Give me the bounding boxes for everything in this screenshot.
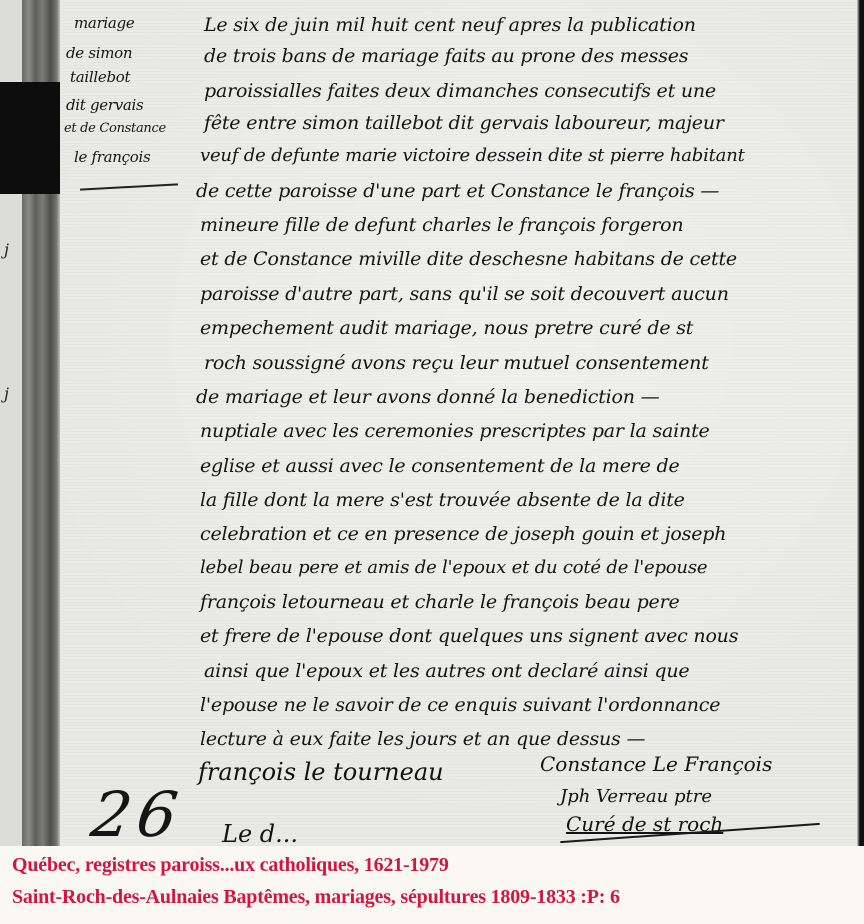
- signature-priest-name: Jph Verreau ptre: [560, 786, 712, 807]
- margin-note-line: taillebot: [70, 68, 130, 86]
- register-page-scan: j j mariage de simon taillebot dit gerva…: [0, 0, 864, 846]
- entry-text-line: nuptiale avec les ceremonies prescriptes…: [200, 420, 710, 442]
- caption-collection-title: Québec, registres paroiss...ux catholiqu…: [12, 854, 449, 877]
- entry-text-line: ainsi que l'epoux et les autres ont decl…: [204, 660, 689, 682]
- folio-number: 26: [87, 778, 188, 846]
- entry-text-line: veuf de defunte marie victoire dessein d…: [200, 145, 745, 166]
- entry-text-line: celebration et ce en presence de joseph …: [200, 523, 726, 545]
- margin-note-line: mariage: [74, 14, 134, 32]
- right-page-edge: [857, 0, 864, 846]
- entry-text-line: de mariage et leur avons donné la benedi…: [196, 386, 659, 408]
- entry-text-line: lebel beau pere et amis de l'epoux et du…: [200, 557, 707, 578]
- entry-text-line: roch soussigné avons reçu leur mutuel co…: [204, 352, 709, 374]
- entry-text-line: lecture à eux faite les jours et an que …: [200, 728, 645, 750]
- entry-text-line: la fille dont la mere s'est trouvée abse…: [200, 489, 685, 511]
- entry-text-line: paroissialles faites deux dimanches cons…: [204, 80, 716, 102]
- entry-text-line: empechement audit mariage, nous pretre c…: [200, 317, 693, 339]
- entry-text-line: de trois bans de mariage faits au prone …: [204, 45, 688, 67]
- binding-shadow: [0, 82, 60, 194]
- source-caption: Québec, registres paroiss...ux catholiqu…: [0, 846, 864, 924]
- entry-text-line: Le six de juin mil huit cent neuf apres …: [204, 14, 696, 36]
- entry-text-line: mineure fille de defunt charles le franç…: [200, 214, 683, 236]
- entry-text-line: françois letourneau et charle le françoi…: [200, 591, 680, 613]
- caption-register-details: Saint-Roch-des-Aulnaies Baptêmes, mariag…: [12, 886, 620, 909]
- margin-note-line: et de Constance: [64, 121, 166, 136]
- margin-note-line: le françois: [74, 148, 150, 166]
- margin-note-line: de simon: [66, 44, 132, 62]
- left-page-mark: j: [4, 384, 9, 403]
- margin-note-line: dit gervais: [66, 96, 143, 114]
- entry-text-line: fête entre simon taillebot dit gervais l…: [204, 112, 724, 134]
- entry-text-line: paroisse d'autre part, sans qu'il se soi…: [200, 283, 729, 305]
- left-page-mark: j: [4, 240, 9, 259]
- signature-witness: françois le tourneau: [198, 758, 444, 786]
- entry-text-line: de cette paroisse d'une part et Constanc…: [196, 180, 719, 202]
- entry-text-line: eglise et aussi avec le consentement de …: [200, 455, 680, 477]
- entry-text-line: et de Constance miville dite deschesne h…: [200, 248, 737, 270]
- signature-bride: Constance Le François: [540, 752, 772, 776]
- entry-text-line: et frere de l'epouse dont quelques uns s…: [200, 625, 738, 647]
- entry-text-line: l'epouse ne le savoir de ce enquis suiva…: [200, 694, 720, 716]
- next-entry-fragment: Le d...: [222, 820, 298, 846]
- margin-underline: [80, 183, 178, 190]
